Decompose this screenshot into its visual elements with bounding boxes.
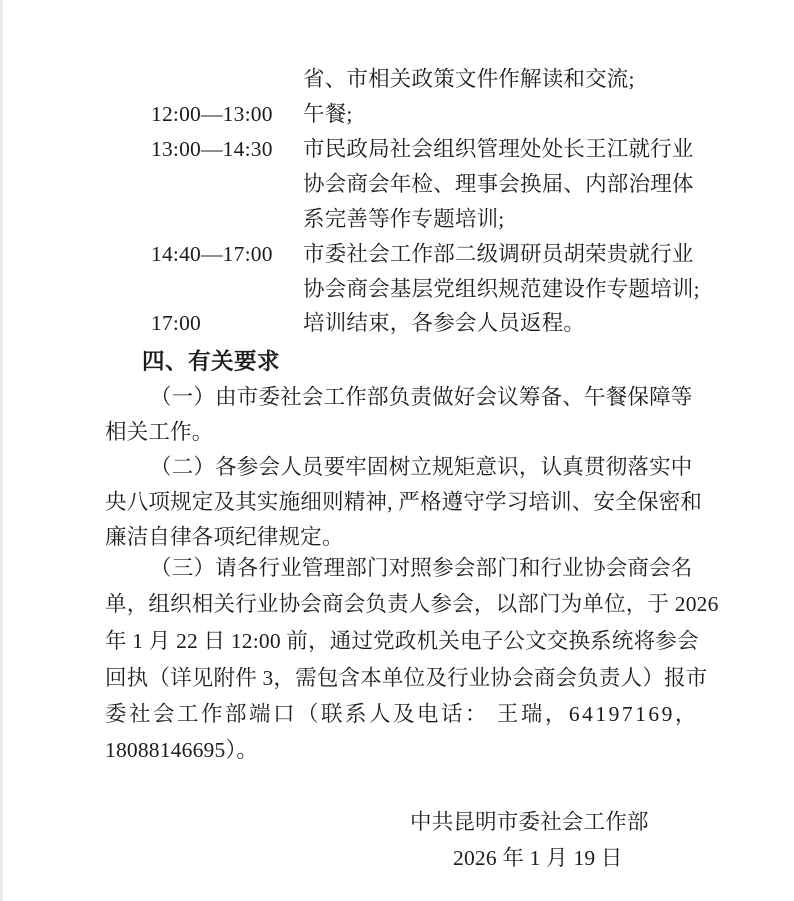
schedule-desc-continuation: 系完善等作专题培训; — [303, 202, 504, 237]
signature-date: 2026 年 1 月 19 日 — [453, 841, 623, 876]
requirement-1: （一）由市委社会工作部负责做好会议筹备、午餐保障等 — [150, 380, 693, 415]
schedule-row: 培训结束，各参会人员返程。 — [303, 306, 585, 341]
schedule-row: 市民政局社会组织管理处处长王江就行业 — [303, 132, 694, 167]
schedule-row: 17:00 — [151, 306, 201, 341]
schedule-row: 午餐; — [303, 97, 353, 132]
document-page: 省、市相关政策文件作解读和交流;12:00—13:00午餐;13:00—14:3… — [0, 0, 794, 901]
schedule-desc-continuation: 省、市相关政策文件作解读和交流; — [303, 62, 635, 97]
requirement-3: 回执（详见附件 3，需包含本单位及行业协会商会负责人）报市 — [105, 661, 707, 696]
signature-org: 中共昆明市委社会工作部 — [410, 805, 649, 840]
requirement-3: （三）请各行业管理部门对照参会部门和行业协会商会名 — [150, 551, 693, 586]
requirement-3: 单，组织相关行业协会商会负责人参会，以部门为单位，于 2026 — [105, 587, 719, 622]
schedule-desc-continuation: 协会商会年检、理事会换届、内部治理体 — [303, 167, 694, 202]
schedule-row: 12:00—13:00 — [151, 97, 273, 132]
requirement-2: 央八项规定及其实施细则精神, 严格遵守学习培训、安全保密和 — [105, 485, 702, 520]
document-text: 省、市相关政策文件作解读和交流;12:00—13:00午餐;13:00—14:3… — [3, 0, 794, 901]
schedule-row: 市委社会工作部二级调研员胡荣贵就行业 — [303, 237, 694, 272]
requirement-1: 相关工作。 — [105, 415, 214, 450]
requirement-2: （二）各参会人员要牢固树立规矩意识，认真贯彻落实中 — [150, 450, 693, 485]
requirement-3: 年 1 月 22 日 12:00 前，通过党政机关电子公文交换系统将参会 — [105, 624, 699, 659]
section-heading: 四、有关要求 — [142, 344, 280, 379]
schedule-row: 13:00—14:30 — [151, 132, 273, 167]
requirement-2: 廉洁自律各项纪律规定。 — [105, 520, 344, 555]
requirement-3: 委社会工作部端口（联系人及电话： 王瑞，64197169， — [105, 697, 699, 732]
requirement-3: 18088146695）。 — [105, 733, 258, 768]
schedule-row: 14:40—17:00 — [151, 237, 273, 272]
schedule-desc-continuation: 协会商会基层党组织规范建设作专题培训; — [303, 272, 700, 307]
